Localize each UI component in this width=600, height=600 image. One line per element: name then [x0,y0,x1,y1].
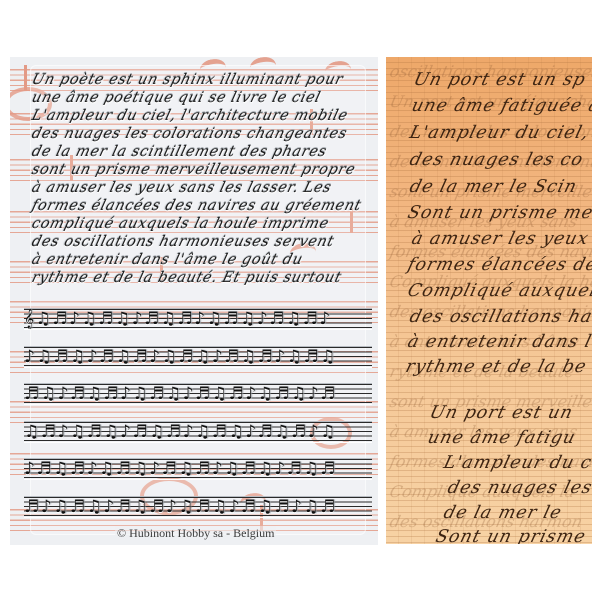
ink-script-line: L'ampleur du c [442,453,592,473]
music-staff: ♬♫♪♬♫♬♪♫♬♫♪♬♫♬♪♫♬♫♪♬ [24,384,372,404]
ink-script-line: L'ampleur du ciel, [408,123,592,143]
ink-script-line: Sont un prisme [434,527,589,544]
music-notes: ♪♬♫♬♪♫♬♫♪♬♫♬♪♫♬♫♪♬♫♬ [24,449,372,489]
ink-script-line: des nuages les co [408,150,586,170]
stamp-script-line: formes élancées des navires au gréement [30,197,364,215]
stamp-script-line: une âme poétique qui se livre le ciel [30,89,364,107]
music-staff: ♫♬♪♫♬♫♪♬♫♬♪♫♬♫♪♬♫♬♪♫ [24,422,372,442]
music-staff: ♬♪♫♬♫♪♬♫♬♪♫♬♫♪♬♫♬♪♫♬ [24,497,372,517]
ink-script-line: des nuages les [446,478,592,498]
ink-script-line: Compliqué auxquels [406,281,592,301]
music-notes: ♬♪♫♬♫♪♬♫♬♪♫♬♫♪♬♫♬♪♫♬ [24,487,372,527]
stamp-script-line: à amuser les yeux sans les lasser. Les [30,179,364,197]
copyright-caption: © Hubinont Hobby sa - Belgium [115,526,276,541]
music-notes: ♪♫♬♫♪♬♫♬♪♫♬♫♪♬♫♬♪♫♬♫ [24,337,372,377]
ink-script-line: une âme fatiguée a [410,96,592,116]
stamp-script-line: Un poète est un sphinx illuminant pour [30,71,364,89]
ink-script-line: Sont un prisme mer [406,203,592,223]
stamp-script-line: L'ampleur du ciel, l'architecture mobile [30,107,364,125]
stamped-paper-sample: oscillations harmonieuses Un port est un… [386,57,592,544]
ink-script-line: à entretenir dans l'â [406,332,592,352]
ink-script-line: formes élancées des [406,255,592,275]
stamp-script-line: de la mer la scintillement des phares [30,143,364,161]
stamp-script-text: Un poète est un sphinx illuminant pour u… [32,71,362,287]
ink-script-line: de la mer le [442,503,565,523]
stamp-script-line: rythme et de la beauté. Et puis surtout [30,269,364,287]
music-staff: ♪♬♫♬♪♫♬♫♪♬♫♬♪♫♬♫♪♬♫♬ [24,459,372,479]
stamp-script-line: sont un prisme merveilleusement propre [30,161,364,179]
stamp-script-line: à entretenir dans l'âme le goût du [30,251,364,269]
ink-script-line: Un port est un sp [412,70,589,90]
music-notes: 𝄞♫♬♪♫♬♫♪♬♫♬♪♫♬♫♪♬♫♬♪ [24,299,372,339]
stamp-script-line: des nuages les colorations changeantes [30,125,364,143]
ink-script-line: à amuser les yeux [410,229,591,249]
stamp-music-score: 𝄞♫♬♪♫♬♫♪♬♫♬♪♫♬♫♪♬♫♬♪ ♪♫♬♫♪♬♫♬♪♫♬♫♪♬♫♬♪♫♬… [24,309,372,534]
stamp-script-line: des oscillations harmonieuses servent [30,233,364,251]
music-notes: ♬♫♪♬♫♬♪♫♬♫♪♬♫♬♪♫♬♫♪♬ [24,374,372,414]
stamp-script-line: compliqué auxquels la houle imprime [30,215,364,233]
clear-stamp-photo: Un poète est un sphinx illuminant pour u… [10,57,378,545]
music-staff: 𝄞♫♬♪♫♬♫♪♬♫♬♪♫♬♫♪♬♫♬♪ [24,309,372,329]
music-staff: ♪♫♬♫♪♬♫♬♪♫♬♫♪♬♫♬♪♫♬♫ [24,347,372,367]
ink-script-line: une âme fatigu [426,428,578,448]
music-notes: ♫♬♪♫♬♫♪♬♫♬♪♫♬♫♪♬♫♬♪♫ [24,412,372,452]
ink-script-line: rythme et de la be [404,357,589,377]
ink-script-line: de la mer le Scin [408,177,580,197]
ink-script-line: des oscillations harm [408,307,592,327]
ink-script-line: Un port est un [428,403,576,423]
